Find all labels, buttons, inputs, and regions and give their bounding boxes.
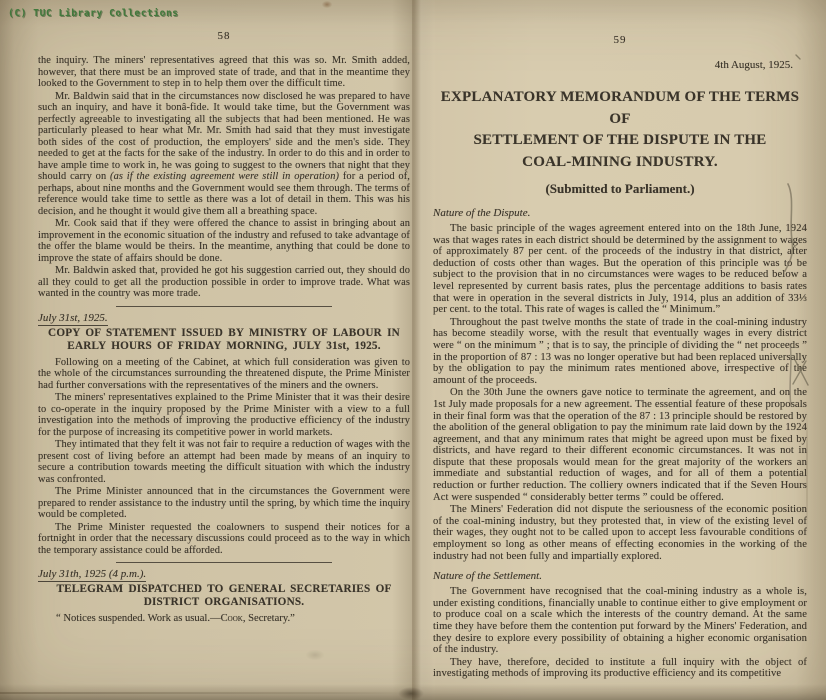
dispute-section-heading: Nature of the Dispute.	[433, 207, 807, 219]
section-date-text: July 31th, 1925 (4 p.m.).	[38, 568, 146, 582]
right-page-content: 59 4th August, 1925. EXPLANATORY MEMORAN…	[433, 34, 807, 681]
paragraph: The Government have recognised that the …	[433, 586, 807, 656]
section-date: July 31th, 1925 (4 p.m.).	[38, 568, 410, 580]
quote-text: “ Notices suspended. Work as usual.—	[56, 613, 221, 624]
tuc-library-watermark: (C) TUC Library Collections	[8, 8, 179, 19]
paragraph: The Miners' Federation did not dispute t…	[433, 504, 807, 562]
section-date-text: July 31st, 1925.	[38, 312, 108, 326]
paragraph: The Prime Minister announced that in the…	[38, 486, 410, 521]
telegram-quote: “ Notices suspended. Work as usual.—Cook…	[38, 613, 410, 624]
title-line: EXPLANATORY MEMORANDUM OF THE TERMS OF	[433, 87, 807, 130]
section-divider-rule	[116, 562, 332, 563]
title-line: SETTLEMENT OF THE DISPUTE IN THE	[433, 130, 807, 152]
paragraph: The basic principle of the wages agreeme…	[433, 223, 807, 316]
paragraph: Throughout the past twelve months the st…	[433, 317, 807, 387]
title-line: COAL-MINING INDUSTRY.	[433, 152, 807, 174]
paragraph: Mr. Cook said that if they were offered …	[38, 218, 410, 264]
telegram-heading: TELEGRAM DISPATCHED TO GENERAL SECRETARI…	[44, 583, 404, 609]
paragraph: Mr. Baldwin said that in the circumstanc…	[38, 91, 410, 218]
settlement-section-heading: Nature of the Settlement.	[433, 570, 807, 582]
paragraph: Mr. Baldwin asked that, provided he got …	[38, 265, 410, 300]
paragraph: the inquiry. The miners' representatives…	[38, 55, 410, 90]
paragraph: On the 30th June the owners gave notice …	[433, 387, 807, 503]
book-photo: 58 the inquiry. The miners' representati…	[0, 0, 826, 700]
ministry-statement-heading: COPY OF STATEMENT ISSUED BY MINISTRY OF …	[44, 327, 404, 353]
memorandum-subtitle: (Submitted to Parliament.)	[433, 181, 807, 197]
section-divider-rule	[116, 306, 332, 307]
quote-text: , Secretary.”	[243, 613, 295, 624]
paragraph: They intimated that they felt it was not…	[38, 439, 410, 485]
paragraph: They have, therefore, decided to institu…	[433, 657, 807, 680]
italic-phrase: (as if the existing agreement were still…	[110, 171, 339, 182]
paragraph: Following on a meeting of the Cabinet, a…	[38, 357, 410, 392]
quote-signature-name: Cook	[221, 613, 243, 624]
left-page-number: 58	[38, 30, 410, 42]
paragraph: The miners' representatives explained to…	[38, 392, 410, 438]
paragraph: The Prime Minister requested the coalown…	[38, 522, 410, 557]
paragraph-text: Mr. Baldwin said that in the circumstanc…	[38, 91, 410, 183]
right-page-number: 59	[433, 34, 807, 46]
memorandum-date: 4th August, 1925.	[433, 59, 793, 71]
section-date: July 31st, 1925.	[38, 312, 410, 324]
memorandum-title: EXPLANATORY MEMORANDUM OF THE TERMS OF S…	[433, 87, 807, 173]
left-page-content: 58 the inquiry. The miners' representati…	[38, 30, 410, 635]
